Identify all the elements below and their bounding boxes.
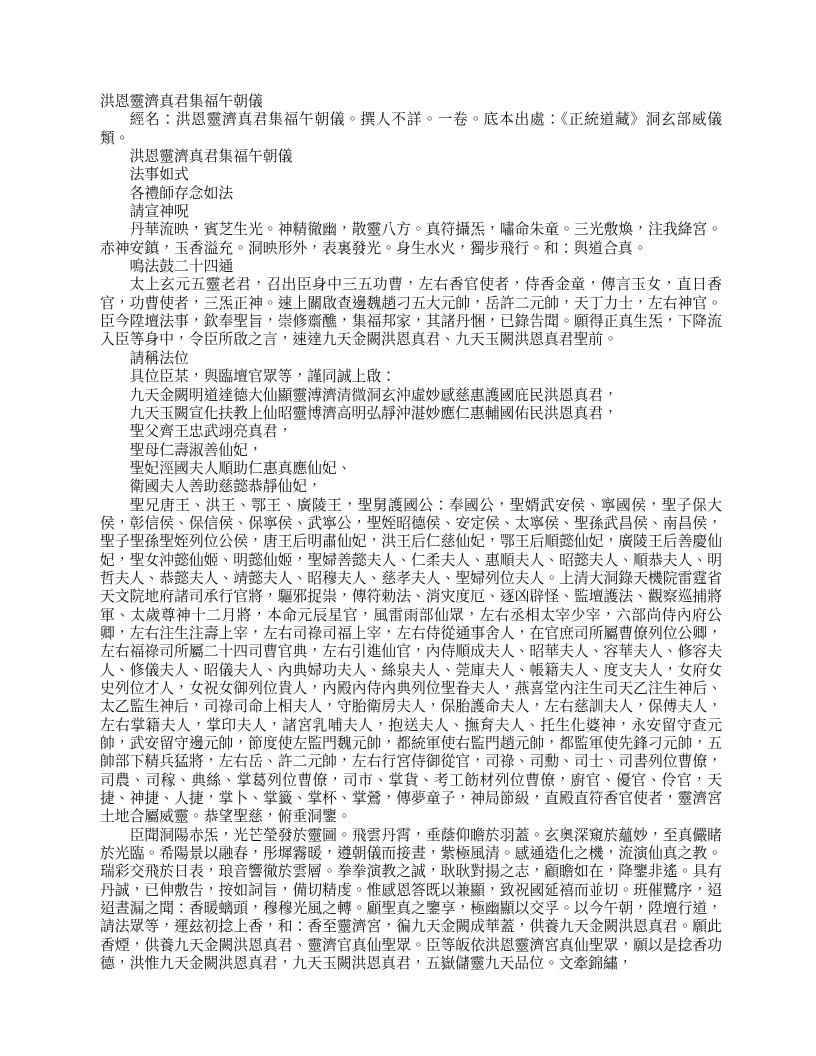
paragraph: 九天金闕明道達德大仙顯靈溥濟清微洞玄沖虛妙感慈惠護國庇民洪恩真君， [100,387,722,405]
paragraph: 聖兄唐王、洪王、鄂王、廣陵王，聖舅護國公：奉國公，聖婿武安侯、寧國侯，聖子保大侯… [100,497,722,827]
paragraph: 法事如式 [100,166,722,184]
document-text-block: 洪恩靈濟真君集福午朝儀經名：洪恩靈濟真君集福午朝儀。撰人不詳。一卷。底本出處：《… [100,93,722,974]
paragraph: 太上玄元五靈老君，召出臣身中三五功曹，左右香官使者，侍香金童，傳言玉女，直日香官… [100,276,722,349]
paragraph: 衛國夫人善助慈懿恭靜仙妃， [100,478,722,496]
paragraph: 經名：洪恩靈濟真君集福午朝儀。撰人不詳。一卷。底本出處：《正統道藏》洞玄部威儀類… [100,111,722,148]
paragraph: 丹華流映，賓芝生光。神精徹幽，散靈八方。真符攝炁，嘯命朱童。三光敷煥，注我絳宮。… [100,221,722,258]
document-title: 洪恩靈濟真君集福午朝儀 [100,93,722,111]
paragraph: 具位臣某，與臨壇官眾等，謹同誠上啟： [100,368,722,386]
paragraph: 聖母仁壽淑善仙妃， [100,442,722,460]
paragraph: 請宣神呪 [100,203,722,221]
paragraph: 各禮師存念如法 [100,185,722,203]
paragraph: 九天玉闕宣化扶教上仙昭靈博濟高明弘靜沖湛妙應仁惠輔國佑民洪恩真君， [100,405,722,423]
paragraph: 臣聞洞陽赤炁，光芒瑩發於靈圖。飛雲丹霄，垂蔭仰瞻於羽蓋。玄奧深窺於蘊妙，至真儼睹… [100,827,722,974]
paragraph: 洪恩靈濟真君集福午朝儀 [100,148,722,166]
paragraph: 請稱法位 [100,350,722,368]
paragraph: 鳴法鼓二十四通 [100,258,722,276]
paragraph: 聖妃涇國夫人順助仁惠真應仙妃、 [100,460,722,478]
paragraph: 聖父齊王忠武翊亮真君， [100,423,722,441]
document-page: 洪恩靈濟真君集福午朝儀經名：洪恩靈濟真君集福午朝儀。撰人不詳。一卷。底本出處：《… [0,0,816,1056]
